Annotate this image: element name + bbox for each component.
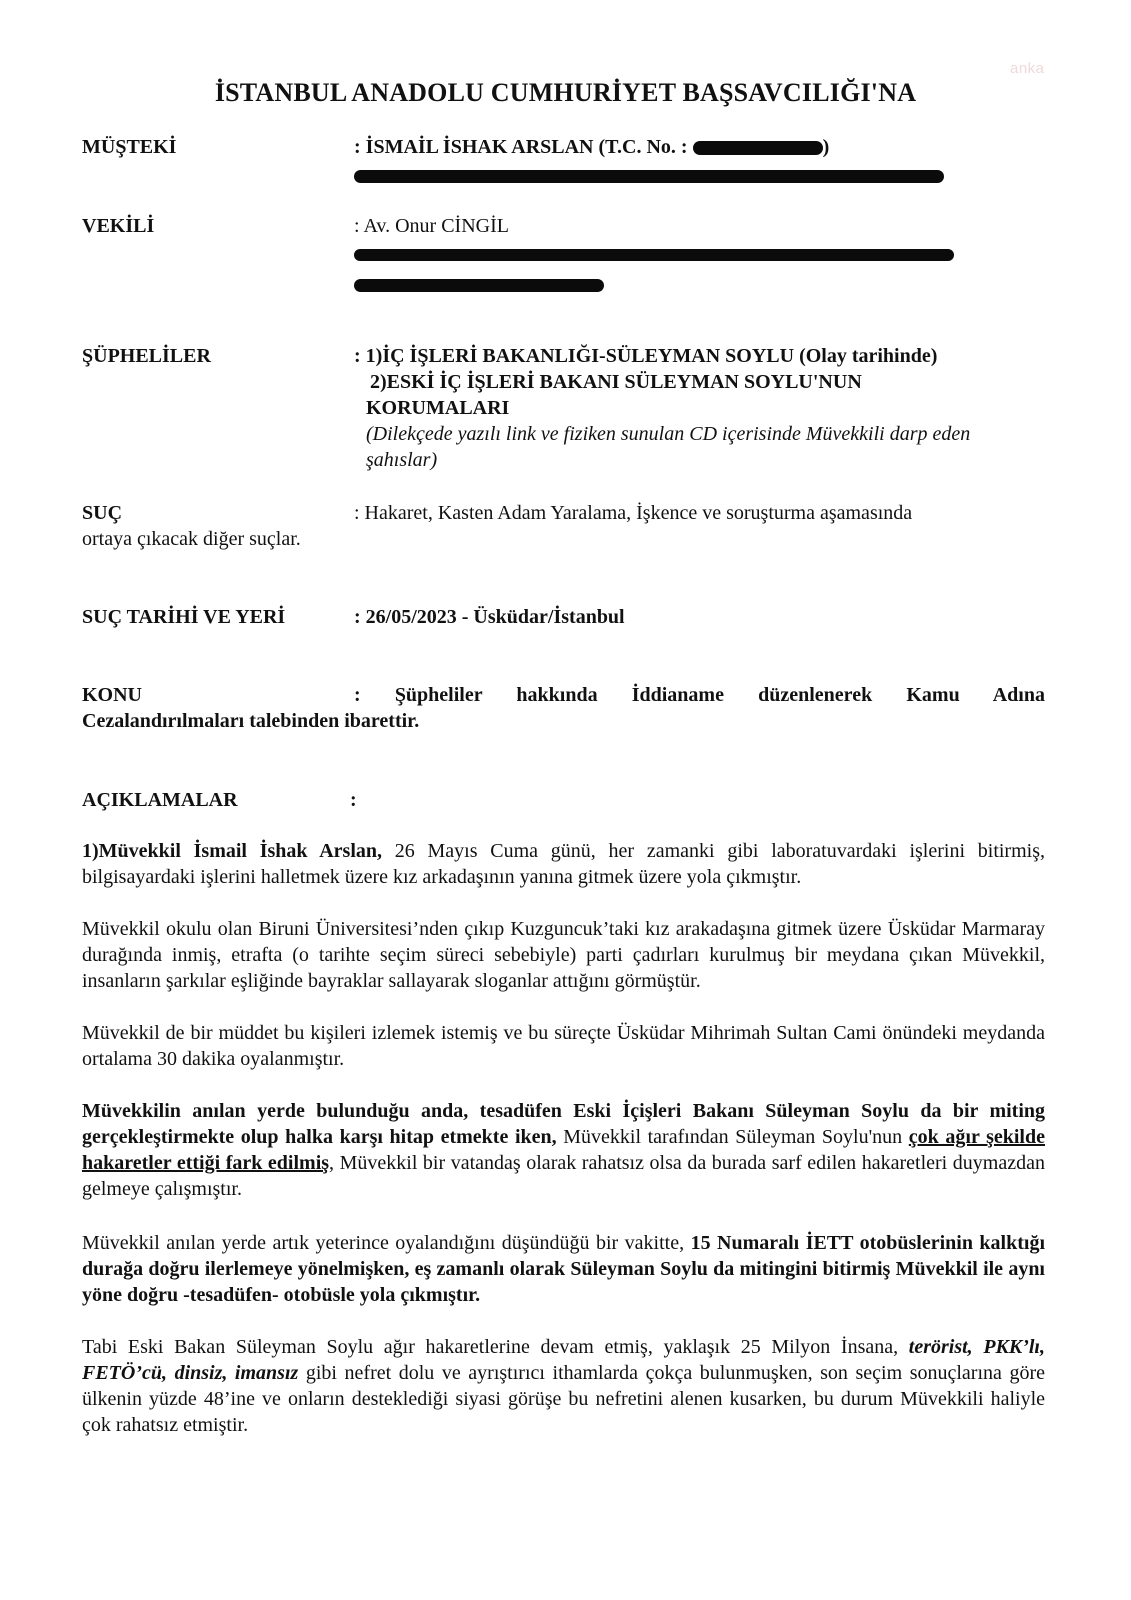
suc-value: : Hakaret, Kasten Adam Yaralama, İşkence… <box>354 500 1045 526</box>
aciklamalar-colon: : <box>350 787 357 813</box>
watermark-logo: anka <box>1010 60 1045 77</box>
musteki-name-close: ) <box>823 136 830 158</box>
aciklamalar-label: AÇIKLAMALAR <box>82 787 238 813</box>
suc-section: SUÇ : Hakaret, Kasten Adam Yaralama, İşk… <box>82 500 1045 556</box>
musteki-value: : İSMAİL İSHAK ARSLAN (T.C. No. : ) <box>354 134 1045 188</box>
vekili-value: : Av. Onur CİNGİL <box>354 213 1045 297</box>
paragraph-4: Müvekkilin anılan yerde bulunduğu anda, … <box>82 1098 1045 1202</box>
konu-continuation: Cezalandırılmaları talebinden ibarettir. <box>82 708 419 734</box>
suc-tarihi-section: SUÇ TARİHİ VE YERİ : 26/05/2023 - Üsküda… <box>82 604 1045 632</box>
p1-bold: 1)Müvekkil İsmail İshak Arslan, <box>82 840 382 862</box>
suspect-note: (Dilekçede yazılı link ve fiziken sunula… <box>354 421 1045 473</box>
paragraph-6: Tabi Eski Bakan Süleyman Soylu ağır haka… <box>82 1334 1045 1438</box>
konu-label: KONU <box>82 682 142 708</box>
suc-tarihi-value: : 26/05/2023 - Üsküdar/İstanbul <box>354 604 1045 630</box>
suc-continuation: ortaya çıkacak diğer suçlar. <box>82 526 301 552</box>
paragraph-1: 1)Müvekkil İsmail İshak Arslan, 26 Mayıs… <box>82 838 1045 890</box>
suc-label: SUÇ <box>82 500 122 526</box>
musteki-label: MÜŞTEKİ <box>82 134 176 160</box>
p4-mid: Müvekkil tarafından Süleyman Soylu'nun <box>557 1126 909 1148</box>
supheliler-label: ŞÜPHELİLER <box>82 343 211 369</box>
musteki-section: MÜŞTEKİ : İSMAİL İSHAK ARSLAN (T.C. No. … <box>82 134 1045 194</box>
suspect-2: 2)ESKİ İÇ İŞLERİ BAKANI SÜLEYMAN SOYLU'N… <box>354 369 1045 395</box>
vekili-label: VEKİLİ <box>82 213 154 239</box>
suc-tarihi-label: SUÇ TARİHİ VE YERİ <box>82 604 285 630</box>
suspect-1: : 1)İÇ İŞLERİ BAKANLIĞI-SÜLEYMAN SOYLU (… <box>354 343 1045 369</box>
vekili-section: VEKİLİ : Av. Onur CİNGİL <box>82 213 1045 293</box>
supheliler-value: : 1)İÇ İŞLERİ BAKANLIĞI-SÜLEYMAN SOYLU (… <box>354 343 1045 473</box>
p5-start: Müvekkil anılan yerde artık yeterince oy… <box>82 1232 691 1254</box>
suspect-2-cont: KORUMALARI <box>354 395 1045 421</box>
konu-section: KONU : Şüpheliler hakkında İddianame düz… <box>82 682 1045 738</box>
redacted-address <box>354 170 944 183</box>
paragraph-2: Müvekkil okulu olan Biruni Üniversitesi’… <box>82 916 1045 994</box>
konu-value: : Şüpheliler hakkında İddianame düzenlen… <box>354 682 1045 708</box>
aciklamalar-section: AÇIKLAMALAR : <box>82 787 1045 815</box>
redacted-address-line2 <box>354 279 604 292</box>
redacted-address-line1 <box>354 249 954 261</box>
paragraph-3: Müvekkil de bir müddet bu kişileri izlem… <box>82 1020 1045 1072</box>
document-title: İSTANBUL ANADOLU CUMHURİYET BAŞSAVCILIĞI… <box>0 78 1131 108</box>
p6-start: Tabi Eski Bakan Süleyman Soylu ağır haka… <box>82 1336 909 1358</box>
redacted-id <box>693 141 823 155</box>
vekili-name: : Av. Onur CİNGİL <box>354 213 1045 239</box>
paragraph-5: Müvekkil anılan yerde artık yeterince oy… <box>82 1230 1045 1308</box>
supheliler-section: ŞÜPHELİLER : 1)İÇ İŞLERİ BAKANLIĞI-SÜLEY… <box>82 343 1045 483</box>
musteki-name: : İSMAİL İSHAK ARSLAN (T.C. No. : <box>354 136 693 158</box>
